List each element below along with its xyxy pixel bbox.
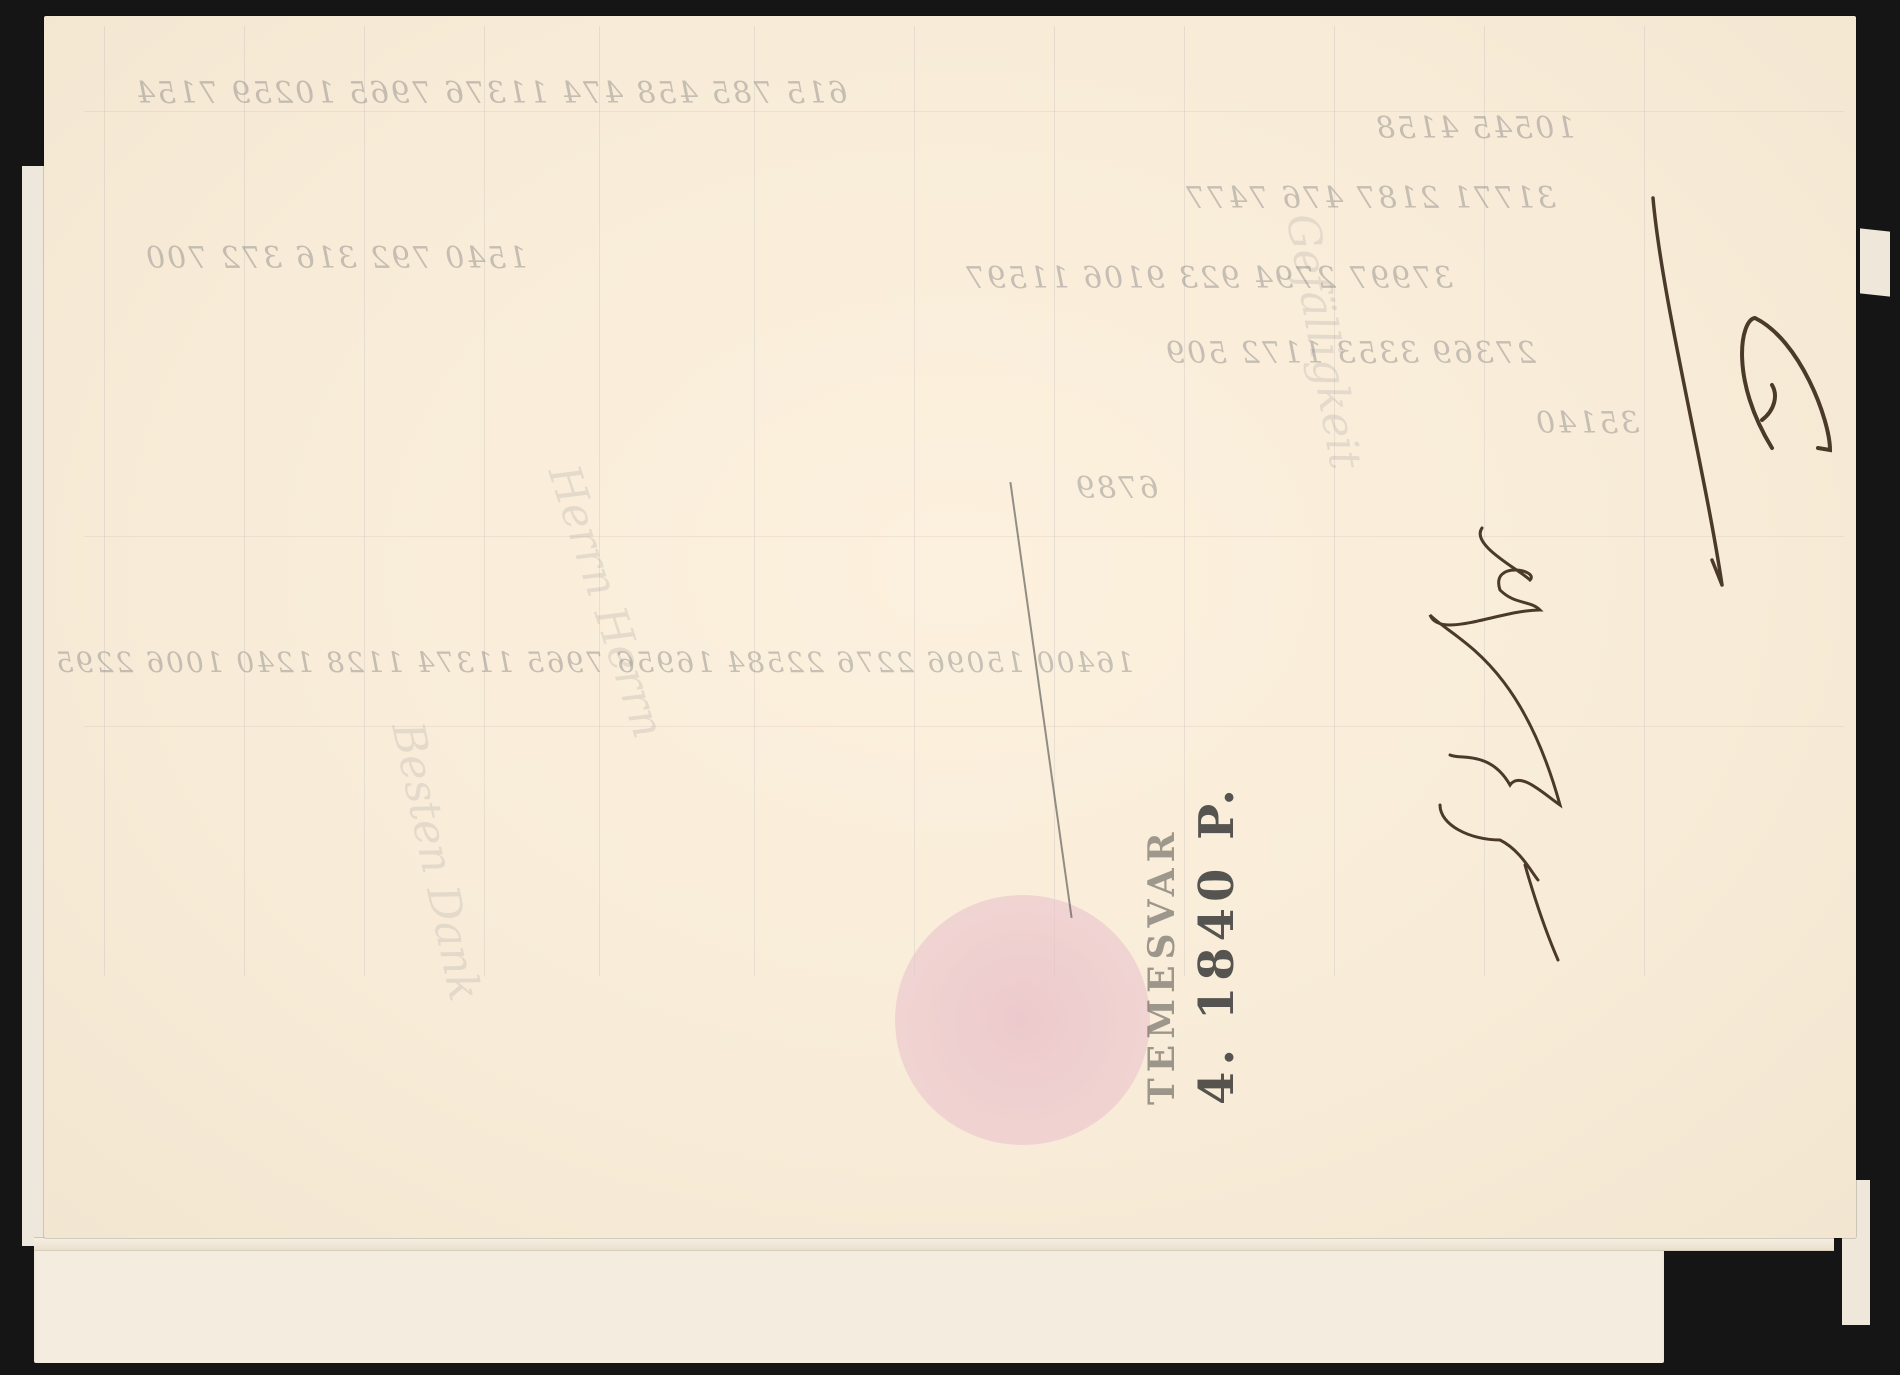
scan-background: 615 785 458 474 11376 7965 10259 7154 10… (0, 0, 1900, 1375)
manuscript-ink-marks (0, 0, 1900, 1375)
rate-stroke-icon (1653, 198, 1722, 585)
rate-six-icon (1742, 318, 1830, 450)
script-note-icon (1430, 528, 1560, 960)
